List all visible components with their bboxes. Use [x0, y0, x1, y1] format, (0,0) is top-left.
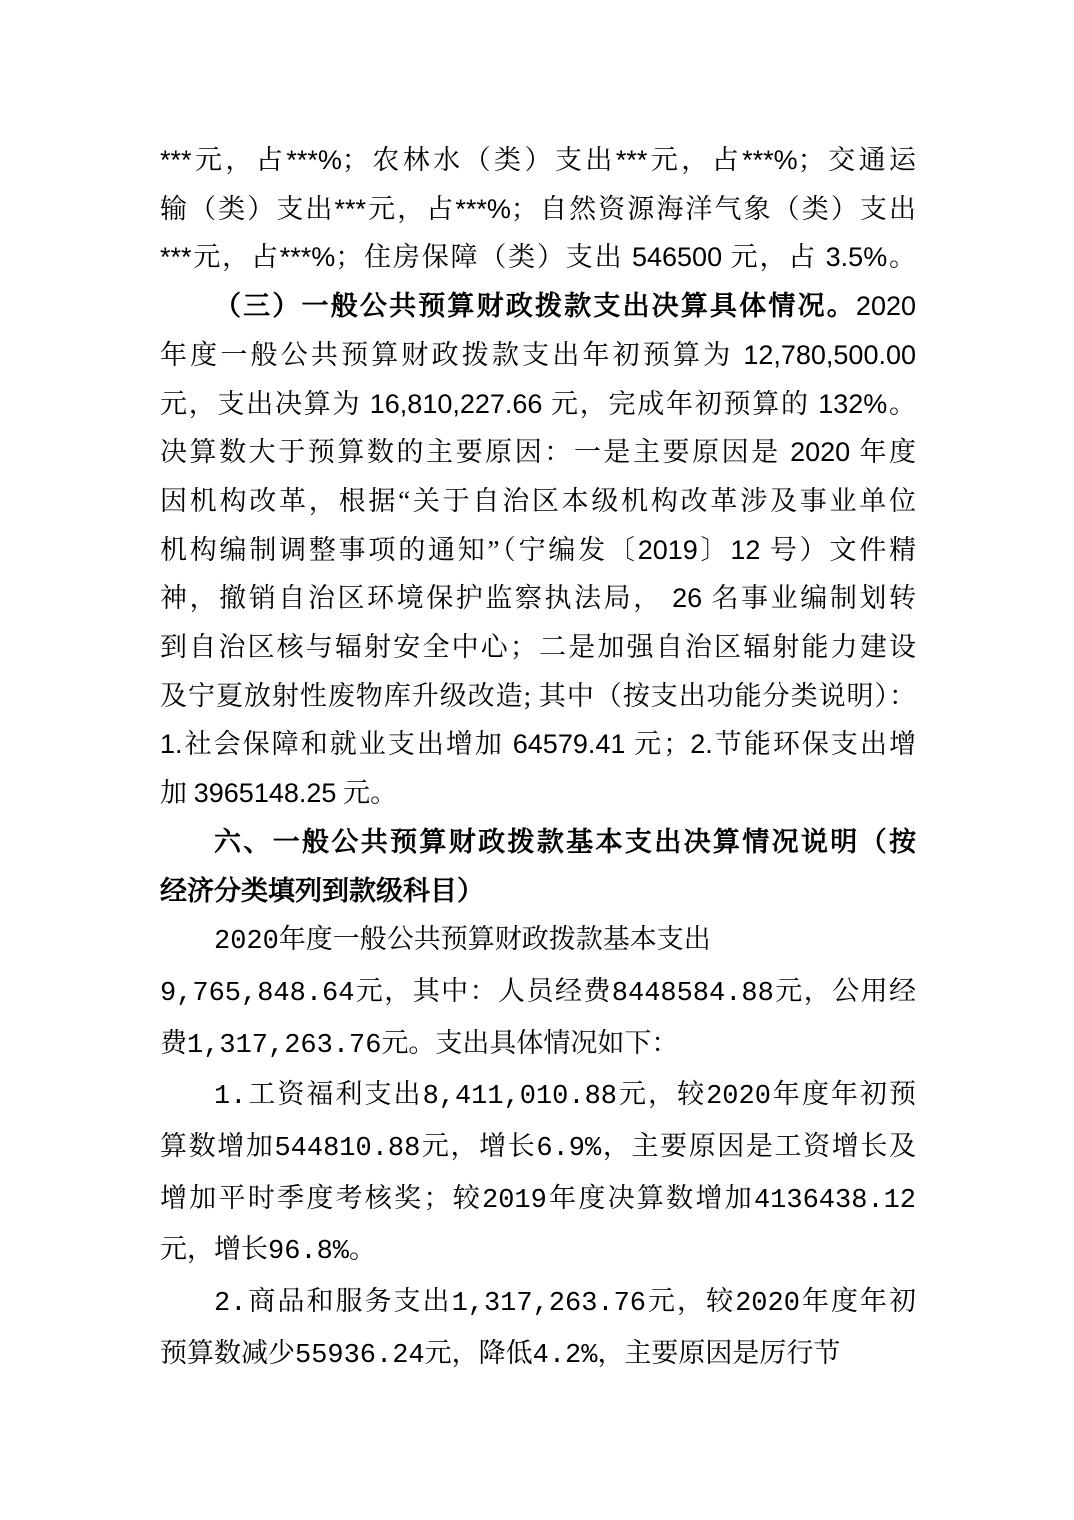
text-run: 1,317,263.76 — [187, 1031, 381, 1061]
text-run: 元，占 — [366, 194, 455, 224]
text-run: 4.2% — [533, 1341, 598, 1371]
text-run: 机构编制调整事项的通知”（宁编发〔 — [160, 535, 638, 565]
text-line: 费1,317,263.76元。支出具体情况如下： — [160, 1019, 916, 1071]
text-run: *** — [160, 242, 192, 272]
text-line: 预算数减少55936.24元，降低4.2%，主要原因是厉行节 — [160, 1329, 916, 1381]
text-run: 2020 — [735, 1289, 800, 1319]
text-run: 元，占 — [192, 242, 280, 272]
text-run: 64579.41 — [513, 729, 626, 759]
text-line: 经济分类填列到款级科目） — [160, 867, 916, 916]
text-run: 26 — [672, 583, 702, 613]
text-line: 输（类）支出***元，占***%；自然资源海洋气象（类）支出 — [160, 185, 916, 234]
text-run: 55936.24 — [295, 1341, 425, 1371]
text-run: 3.5% — [826, 242, 888, 272]
text-run: 商品和服务支出 — [246, 1286, 451, 1316]
text-run: 元，占 — [647, 145, 742, 175]
text-run: 号）文件精 — [760, 535, 916, 565]
text-run: 2020 — [706, 1082, 771, 1112]
text-run: 神，撤销自治区环境保护监察执法局， — [160, 583, 672, 613]
text-run: 2020 — [790, 437, 850, 467]
text-run: 增加平时季度考核奖；较 — [160, 1183, 482, 1213]
text-line: 因机构改革，根据“关于自治区本级机构改革涉及事业单位 — [160, 477, 916, 526]
text-run: 元，降低 — [425, 1338, 533, 1368]
text-run: 2019 — [482, 1186, 547, 1216]
text-run: ，主要原因是厉行节 — [597, 1338, 840, 1368]
text-run: ***% — [280, 242, 336, 272]
text-run: 年度 — [850, 437, 916, 467]
text-run: 及宁夏放射性废物库升级改造; 其中（按支出功能分类说明）： — [160, 681, 916, 711]
text-run: 8448584.88 — [612, 979, 774, 1009]
text-line: 加 3965148.25 元。 — [160, 769, 916, 818]
text-run: 年度一般公共预算财政拨款支出年初预算为 — [160, 340, 743, 370]
text-run: 544810.88 — [274, 1134, 420, 1164]
text-run: 6.9% — [536, 1134, 601, 1164]
text-run: 工资福利支出 — [246, 1079, 422, 1109]
text-run: 经济分类填列到款级科目） — [160, 876, 484, 906]
text-run: 社会保障和就业支出增加 — [183, 729, 513, 759]
text-run: 2019 — [638, 535, 698, 565]
text-run: 8,411,010.88 — [423, 1082, 617, 1112]
text-run: ；农林水（类）支出 — [342, 145, 616, 175]
text-run: ***% — [742, 145, 798, 175]
text-line: ***元，占***%；住房保障（类）支出 546500 元，占 3.5%。 — [160, 233, 916, 282]
text-run: 9,765,848.64 — [160, 979, 354, 1009]
text-line: 元，支出决算为 16,810,227.66 元，完成年初预算的 132%。 — [160, 380, 916, 429]
text-run: 因机构改革，根据“关于自治区本级机构改革涉及事业单位 — [160, 486, 916, 516]
text-run: 年度年初 — [800, 1286, 916, 1316]
text-run: 到自治区核与辐射安全中心；二是加强自治区辐射能力建设 — [160, 632, 916, 662]
text-run: 输（类）支出 — [160, 194, 335, 224]
text-run: 1,317,263.76 — [452, 1289, 646, 1319]
text-line: 元，增长96.8%。 — [160, 1225, 916, 1277]
text-run: 名事业编制划转 — [702, 583, 916, 613]
text-run: ；住房保障（类）支出 — [335, 242, 632, 272]
text-run: 算数增加 — [160, 1131, 274, 1161]
text-run: 4136438.12 — [754, 1186, 916, 1216]
text-line: 增加平时季度考核奖；较2019年度决算数增加4136438.12 — [160, 1174, 916, 1226]
text-line: 机构编制调整事项的通知”（宁编发〔2019〕12 号）文件精 — [160, 526, 916, 575]
text-run: 六、一般公共预算财政拨款基本支出决算情况说明（按 — [214, 827, 916, 857]
text-line: 决算数大于预算数的主要原因：一是主要原因是 2020 年度 — [160, 428, 916, 477]
text-run: 费 — [160, 1028, 187, 1058]
text-run: 节能环保支出增 — [713, 729, 916, 759]
text-run: *** — [335, 194, 367, 224]
document-page: ***元，占***%；农林水（类）支出***元，占***%；交通运输（类）支出*… — [0, 0, 1074, 1520]
text-run: 年度年初预 — [771, 1079, 916, 1109]
text-run: 年度决算数增加 — [547, 1183, 754, 1213]
text-run: 2020 — [856, 291, 916, 321]
text-line: 2.商品和服务支出1,317,263.76元，较2020年度年初 — [160, 1277, 916, 1329]
text-run: 元； — [625, 729, 690, 759]
text-run: ，主要原因是工资增长及 — [601, 1131, 916, 1161]
text-run: 元，增长 — [420, 1131, 536, 1161]
text-run: 。 — [349, 1234, 376, 1264]
text-run: 1. — [214, 1082, 246, 1112]
text-line: （三）一般公共预算财政拨款支出决算具体情况。2020 — [160, 282, 916, 331]
text-run: 元，占 — [192, 145, 287, 175]
text-run: 元，公用经 — [774, 976, 916, 1006]
text-run: 12 — [730, 535, 760, 565]
text-run: 1. — [160, 729, 183, 759]
text-run: 2. — [214, 1289, 246, 1319]
text-run: 预算数减少 — [160, 1338, 295, 1368]
text-run: 16,810,227.66 — [370, 389, 543, 419]
text-run: 元，占 — [722, 242, 826, 272]
text-run: 年度一般公共预算财政拨款基本支出 — [279, 924, 711, 954]
text-run: 元，增长 — [160, 1234, 268, 1264]
text-run: 546500 — [632, 242, 722, 272]
text-line: 年度一般公共预算财政拨款支出年初预算为 12,780,500.00 — [160, 331, 916, 380]
text-run: 元，其中：人员经费 — [354, 976, 611, 1006]
text-run: 12,780,500.00 — [743, 340, 916, 370]
text-run: 元。支出具体情况如下： — [381, 1028, 678, 1058]
text-run: 决算数大于预算数的主要原因：一是主要原因是 — [160, 437, 790, 467]
text-run: 3965148.25 — [194, 778, 337, 808]
text-run: *** — [160, 145, 192, 175]
text-line: 2020年度一般公共预算财政拨款基本支出 — [160, 915, 916, 967]
text-run: 。 — [887, 389, 916, 419]
text-run: 2020 — [214, 927, 279, 957]
text-run: ；交通运 — [798, 145, 916, 175]
text-run: ；自然资源海洋气象（类）支出 — [511, 194, 916, 224]
text-run: 元，较 — [646, 1286, 735, 1316]
text-run: 2. — [690, 729, 713, 759]
text-run: 。 — [887, 242, 916, 272]
text-run: *** — [616, 145, 648, 175]
text-run: 132% — [818, 389, 887, 419]
text-run: 元，支出决算为 — [160, 389, 370, 419]
text-run: 〕 — [698, 535, 731, 565]
text-run: ***% — [286, 145, 342, 175]
text-run: （三）一般公共预算财政拨款支出决算具体情况。 — [214, 291, 856, 321]
text-run: 元，较 — [617, 1079, 706, 1109]
text-line: 六、一般公共预算财政拨款基本支出决算情况说明（按 — [160, 818, 916, 867]
text-run: 元。 — [336, 778, 397, 808]
text-line: 算数增加544810.88元，增长6.9%，主要原因是工资增长及 — [160, 1122, 916, 1174]
text-line: 及宁夏放射性废物库升级改造; 其中（按支出功能分类说明）： — [160, 672, 916, 721]
text-line: ***元，占***%；农林水（类）支出***元，占***%；交通运 — [160, 136, 916, 185]
text-line: 1.社会保障和就业支出增加 64579.41 元；2.节能环保支出增 — [160, 720, 916, 769]
text-run: 元，完成年初预算的 — [542, 389, 818, 419]
text-line: 1.工资福利支出8,411,010.88元，较2020年度年初预 — [160, 1070, 916, 1122]
text-line: 9,765,848.64元，其中：人员经费8448584.88元，公用经 — [160, 967, 916, 1019]
text-line: 到自治区核与辐射安全中心；二是加强自治区辐射能力建设 — [160, 623, 916, 672]
text-run: 加 — [160, 778, 194, 808]
text-line: 神，撤销自治区环境保护监察执法局， 26 名事业编制划转 — [160, 574, 916, 623]
text-run: 96.8% — [268, 1237, 349, 1267]
text-run: ***% — [455, 194, 511, 224]
